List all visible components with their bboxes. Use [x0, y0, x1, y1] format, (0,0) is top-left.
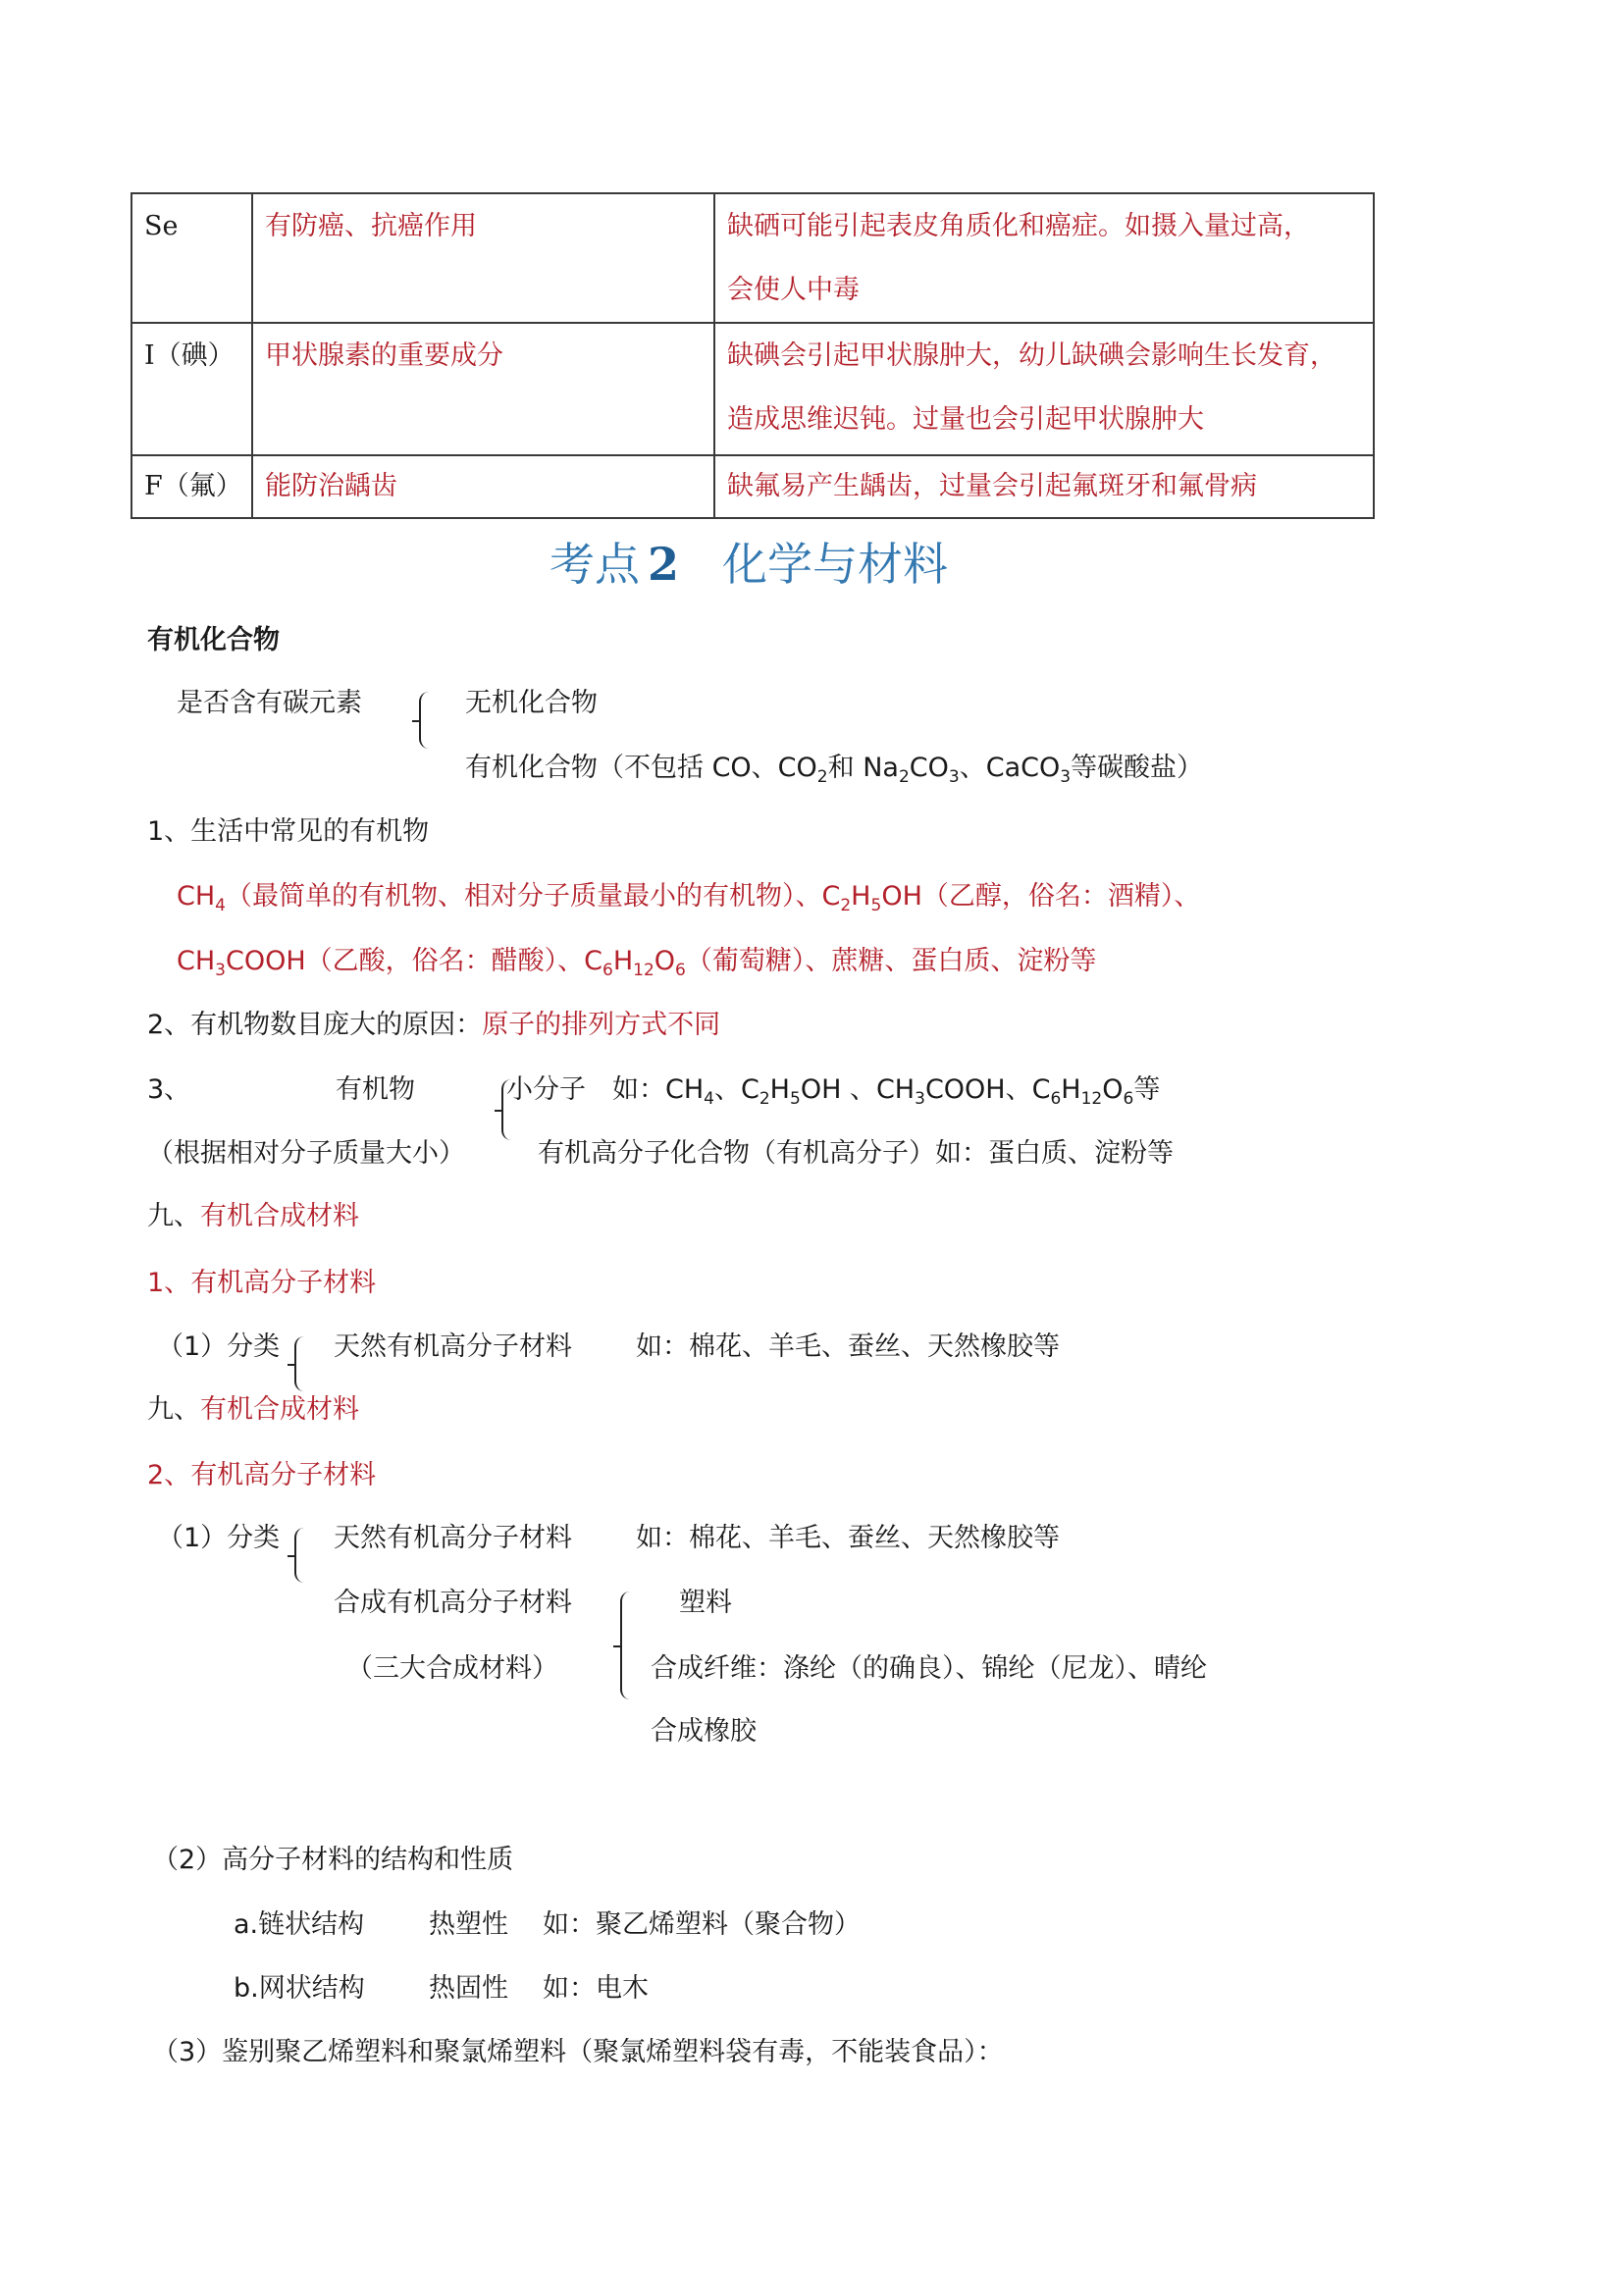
section-2-answer: 原子的排列方式不同 — [482, 1010, 720, 1040]
organic-definition: 有机化合物（不包括 CO、CO2和 Na2CO3、CaCO3等碳酸盐） — [465, 752, 1203, 785]
synthetic-type-plastic: 塑料 — [679, 1587, 732, 1620]
section-3-label: 有机物 — [336, 1073, 415, 1107]
effect-line: 会使人中毒 — [727, 275, 860, 305]
polymer-heading: 2、有机高分子材料 — [147, 1459, 376, 1492]
natural-polymer: 天然有机高分子材料 — [334, 1331, 572, 1364]
heading-text: 有机高分子材料 — [190, 1268, 376, 1298]
element-cell: F（氟） — [131, 455, 252, 518]
natural-polymer-example: 如：棉花、羊毛、蚕丝、天然橡胶等 — [636, 1331, 1060, 1364]
title-prefix: 考点 — [550, 538, 640, 591]
natural-polymer: 天然有机高分子材料 — [334, 1522, 572, 1555]
structure-b-label: b.网状结构 — [234, 1972, 365, 2006]
polymer-heading: 1、有机高分子材料 — [147, 1267, 376, 1300]
heading-number: 九、 — [147, 1394, 200, 1425]
section-2: 2、有机物数目庞大的原因：原子的排列方式不同 — [147, 1009, 720, 1042]
heading-text: 有机高分子材料 — [190, 1460, 376, 1490]
common-organics-line-1: CH4（最简单的有机物、相对分子质量最小的有机物）、C2H5OH（乙醇，俗名：酒… — [177, 880, 1200, 913]
section-2-label: 2、有机物数目庞大的原因： — [147, 1010, 482, 1040]
function-cell: 有防癌、抗癌作用 — [252, 193, 714, 323]
brace — [294, 1336, 306, 1391]
function-cell: 能防治龋齿 — [252, 455, 714, 518]
nine-heading: 九、有机合成材料 — [147, 1200, 359, 1233]
classify-label: （1）分类 — [157, 1522, 280, 1555]
heading-number: 1、 — [147, 1268, 190, 1298]
brace — [620, 1592, 632, 1699]
trace-element-table: Se 有防癌、抗癌作用 缺硒可能引起表皮角质化和癌症。如摄入量过高，会使人中毒 … — [131, 192, 1375, 519]
effect-cell: 缺硒可能引起表皮角质化和癌症。如摄入量过高，会使人中毒 — [714, 193, 1374, 323]
small-molecule-line: 小分子 如：CH4、C2H5OH 、CH3COOH、C6H12O6等 — [506, 1073, 1160, 1107]
synthetic-polymer: 合成有机高分子材料 — [334, 1587, 572, 1620]
effect-line: 缺硒可能引起表皮角质化和癌症。如摄入量过高， — [727, 211, 1310, 241]
table-row: Se 有防癌、抗癌作用 缺硒可能引起表皮角质化和癌症。如摄入量过高，会使人中毒 — [131, 193, 1374, 323]
effect-line: 缺碘会引起甲状腺肿大，幼儿缺碘会影响生长发育， — [727, 340, 1336, 371]
carbon-criterion: 是否含有碳元素 — [177, 687, 362, 720]
synthetic-polymer-note: （三大合成材料） — [346, 1652, 558, 1686]
function-cell: 甲状腺素的重要成分 — [252, 323, 714, 455]
heading-text: 有机合成材料 — [200, 1201, 359, 1231]
section-1-heading: 1、生活中常见的有机物 — [147, 815, 429, 849]
title-number: 2 — [648, 538, 679, 591]
natural-polymer-example: 如：棉花、羊毛、蚕丝、天然橡胶等 — [636, 1522, 1060, 1555]
section-3-number: 3、 — [147, 1073, 190, 1107]
section-title: 考点2化学与材料 — [550, 535, 948, 594]
polymer-line: 有机高分子化合物（有机高分子）如：蛋白质、淀粉等 — [538, 1137, 1174, 1171]
structure-a-example: 如：聚乙烯塑料（聚合物） — [543, 1908, 861, 1942]
table-row: F（氟） 能防治龋齿 缺氟易产生龋齿，过量会引起氟斑牙和氟骨病 — [131, 455, 1374, 518]
classify-label: （1）分类 — [157, 1331, 280, 1364]
heading-number: 九、 — [147, 1201, 200, 1231]
element-cell: I（碘） — [131, 323, 252, 455]
identify-line: （3）鉴别聚乙烯塑料和聚氯烯塑料（聚氯烯塑料袋有毒，不能装食品）： — [152, 2036, 1004, 2069]
nine-heading: 九、有机合成材料 — [147, 1393, 359, 1427]
heading-number: 2、 — [147, 1460, 190, 1490]
structure-b-property: 热固性 — [429, 1972, 508, 2006]
synthetic-type-rubber: 合成橡胶 — [651, 1715, 757, 1748]
title-text: 化学与材料 — [722, 538, 948, 591]
structure-heading: （2）高分子材料的结构和性质 — [152, 1844, 513, 1877]
organic-heading: 有机化合物 — [147, 624, 280, 657]
inorganic-label: 无机化合物 — [465, 687, 598, 720]
effect-line: 造成思维迟钝。过量也会引起甲状腺肿大 — [727, 404, 1204, 435]
common-organics-line-2: CH3COOH（乙酸，俗名：醋酸）、C6H12O6（葡萄糖）、蔗糖、蛋白质、淀粉… — [177, 945, 1096, 978]
synthetic-type-fiber: 合成纤维：涤纶（的确良）、锦纶（尼龙）、晴纶 — [651, 1652, 1207, 1686]
heading-text: 有机合成材料 — [200, 1394, 359, 1425]
table-row: I（碘） 甲状腺素的重要成分 缺碘会引起甲状腺肿大，幼儿缺碘会影响生长发育，造成… — [131, 323, 1374, 455]
structure-b-example: 如：电木 — [543, 1972, 649, 2006]
element-cell: Se — [131, 193, 252, 323]
effect-cell: 缺碘会引起甲状腺肿大，幼儿缺碘会影响生长发育，造成思维迟钝。过量也会引起甲状腺肿… — [714, 323, 1374, 455]
section-3-basis: （根据相对分子质量大小） — [147, 1137, 465, 1171]
structure-a-label: a.链状结构 — [234, 1908, 364, 1942]
effect-cell: 缺氟易产生龋齿，过量会引起氟斑牙和氟骨病 — [714, 455, 1374, 518]
structure-a-property: 热塑性 — [429, 1908, 508, 1942]
brace — [294, 1528, 306, 1583]
brace — [419, 692, 431, 749]
